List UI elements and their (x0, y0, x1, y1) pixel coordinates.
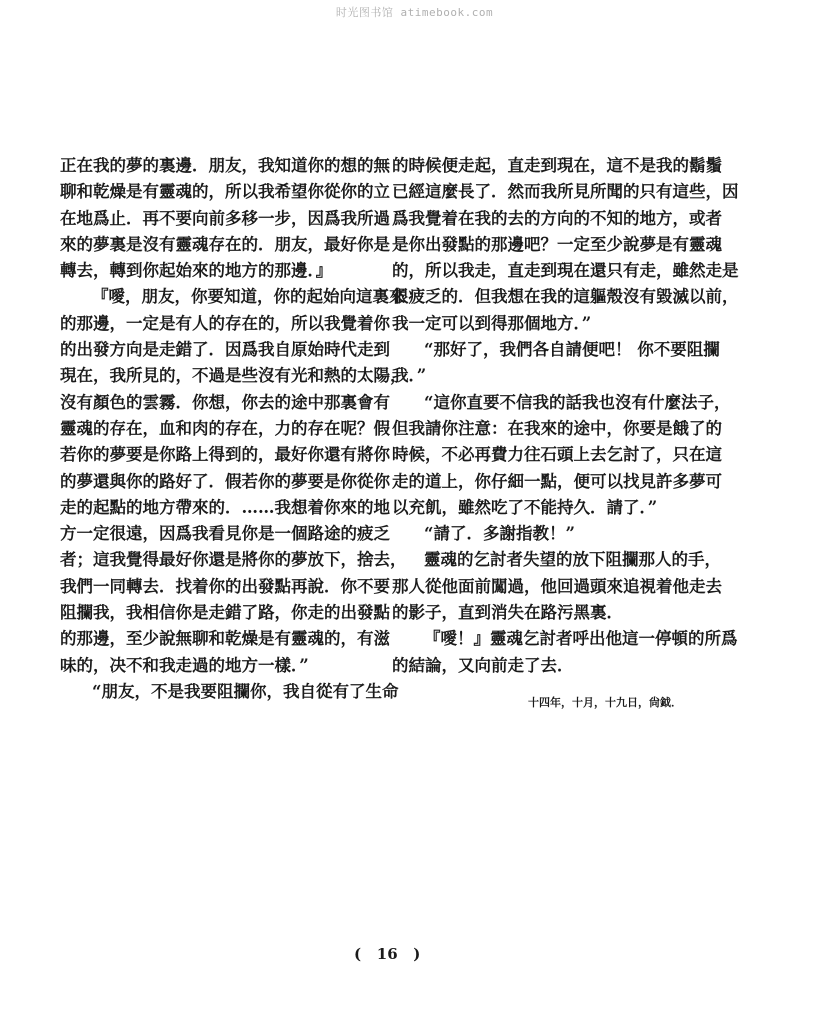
text-line: 若你的夢要是你路上得到的，最好你還有將你 (60, 442, 370, 468)
text-line: 那人從他面前闖過，他回過頭來追視着他走去 (392, 574, 710, 600)
text-line: 『噯！』靈魂乞討者呼出他這一停頓的所爲 (392, 626, 710, 652)
text-line: 現在，我所見的，不過是些沒有光和熱的太陽， (60, 363, 370, 389)
text-line: 沒有顏色的雲霧．你想，你去的途中那裏會有 (60, 390, 370, 416)
text-line: 的那邊，一定是有人的存在的，所以我覺着你 (60, 311, 370, 337)
text-line: 靈魂的乞討者失望的放下阻攔那人的手， (392, 547, 710, 573)
text-line: 的那邊，至少說無聊和乾燥是有靈魂的，有滋 (60, 626, 370, 652)
text-line: 聊和乾燥是有靈魂的，所以我希望你從你的立 (60, 179, 370, 205)
text-line: 阻攔我，我相信你是走錯了路，你走的出發點 (60, 600, 370, 626)
text-line: 很疲乏的．但我想在我的這軀殼沒有毀滅以前， (392, 284, 710, 310)
text-line: 的出發方向是走錯了．因爲我自原始時代走到 (60, 337, 370, 363)
text-line: 方一定很遠，因爲我看見你是一個路途的疲乏 (60, 521, 370, 547)
text-line: 者；這我覺得最好你還是將你的夢放下，捨去， (60, 547, 370, 573)
text-line: 來的夢裏是沒有靈魂存在的．朋友，最好你是 (60, 232, 370, 258)
text-line: 的夢還與你的路好了．假若你的夢要是你從你 (60, 469, 370, 495)
right-text-column: 的時候便走起，直走到現在，這不是我的鬍鬚已經這麼長了．然而我所見所聞的只有這些，… (392, 153, 710, 679)
text-line: 味的，决不和我走過的地方一樣．” (60, 653, 370, 679)
text-line: 的結論，又向前走了去． (392, 653, 710, 679)
text-line: 爲我覺着在我的去的方向的不知的地方，或者 (392, 206, 710, 232)
left-text-column: 正在我的夢的裏邊．朋友，我知道你的想的無聊和乾燥是有靈魂的，所以我希望你從你的立… (60, 153, 370, 705)
signature-date-line: 十四年，十月，十九日，尙鉞． (528, 694, 682, 710)
text-line: 時候，不必再費力往石頭上去乞討了，只在這 (392, 442, 710, 468)
text-line: “請了．多謝指教！” (392, 521, 710, 547)
page-number: ( 16 ) (354, 945, 420, 963)
text-line: 以充飢，雖然吃了不能持久．請了．” (392, 495, 710, 521)
text-line: 的影子，直到消失在路污黑裏． (392, 600, 710, 626)
text-line: “這你直要不信我的話我也沒有什麼法子， (392, 390, 710, 416)
text-line: 在地爲止．再不要向前多移一步，因爲我所過 (60, 206, 370, 232)
text-line: 轉去，轉到你起始來的地方的那邊．』 (60, 258, 370, 284)
text-line: “朋友，不是我要阻攔你，我自從有了生命 (60, 679, 370, 705)
text-line: 我一定可以到得那個地方．” (392, 311, 710, 337)
text-line: 的時候便走起，直走到現在，這不是我的鬍鬚 (392, 153, 710, 179)
text-line: 我．” (392, 363, 710, 389)
text-line: 的，所以我走，直走到現在還只有走，雖然走是 (392, 258, 710, 284)
text-line: 是你出發點的那邊吧？一定至少說夢是有靈魂 (392, 232, 710, 258)
text-line: 但我請你注意：在我來的途中，你要是餓了的 (392, 416, 710, 442)
text-line: 走的起點的地方帶來的．……我想着你來的地 (60, 495, 370, 521)
text-line: 『噯，朋友，你要知道，你的起始向這裏來 (60, 284, 370, 310)
text-line: 走的道上，你仔細一點，便可以找見許多夢可 (392, 469, 710, 495)
text-line: “那好了，我們各自請便吧！ 你不要阻攔 (392, 337, 710, 363)
text-line: 靈魂的存在，血和肉的存在，力的存在呢？假 (60, 416, 370, 442)
text-line: 已經這麼長了．然而我所見所聞的只有這些，因 (392, 179, 710, 205)
text-line: 正在我的夢的裏邊．朋友，我知道你的想的無 (60, 153, 370, 179)
watermark: 时光图书馆 atimebook.com (0, 4, 829, 20)
text-line: 我們一同轉去．找着你的出發點再說．你不要 (60, 574, 370, 600)
